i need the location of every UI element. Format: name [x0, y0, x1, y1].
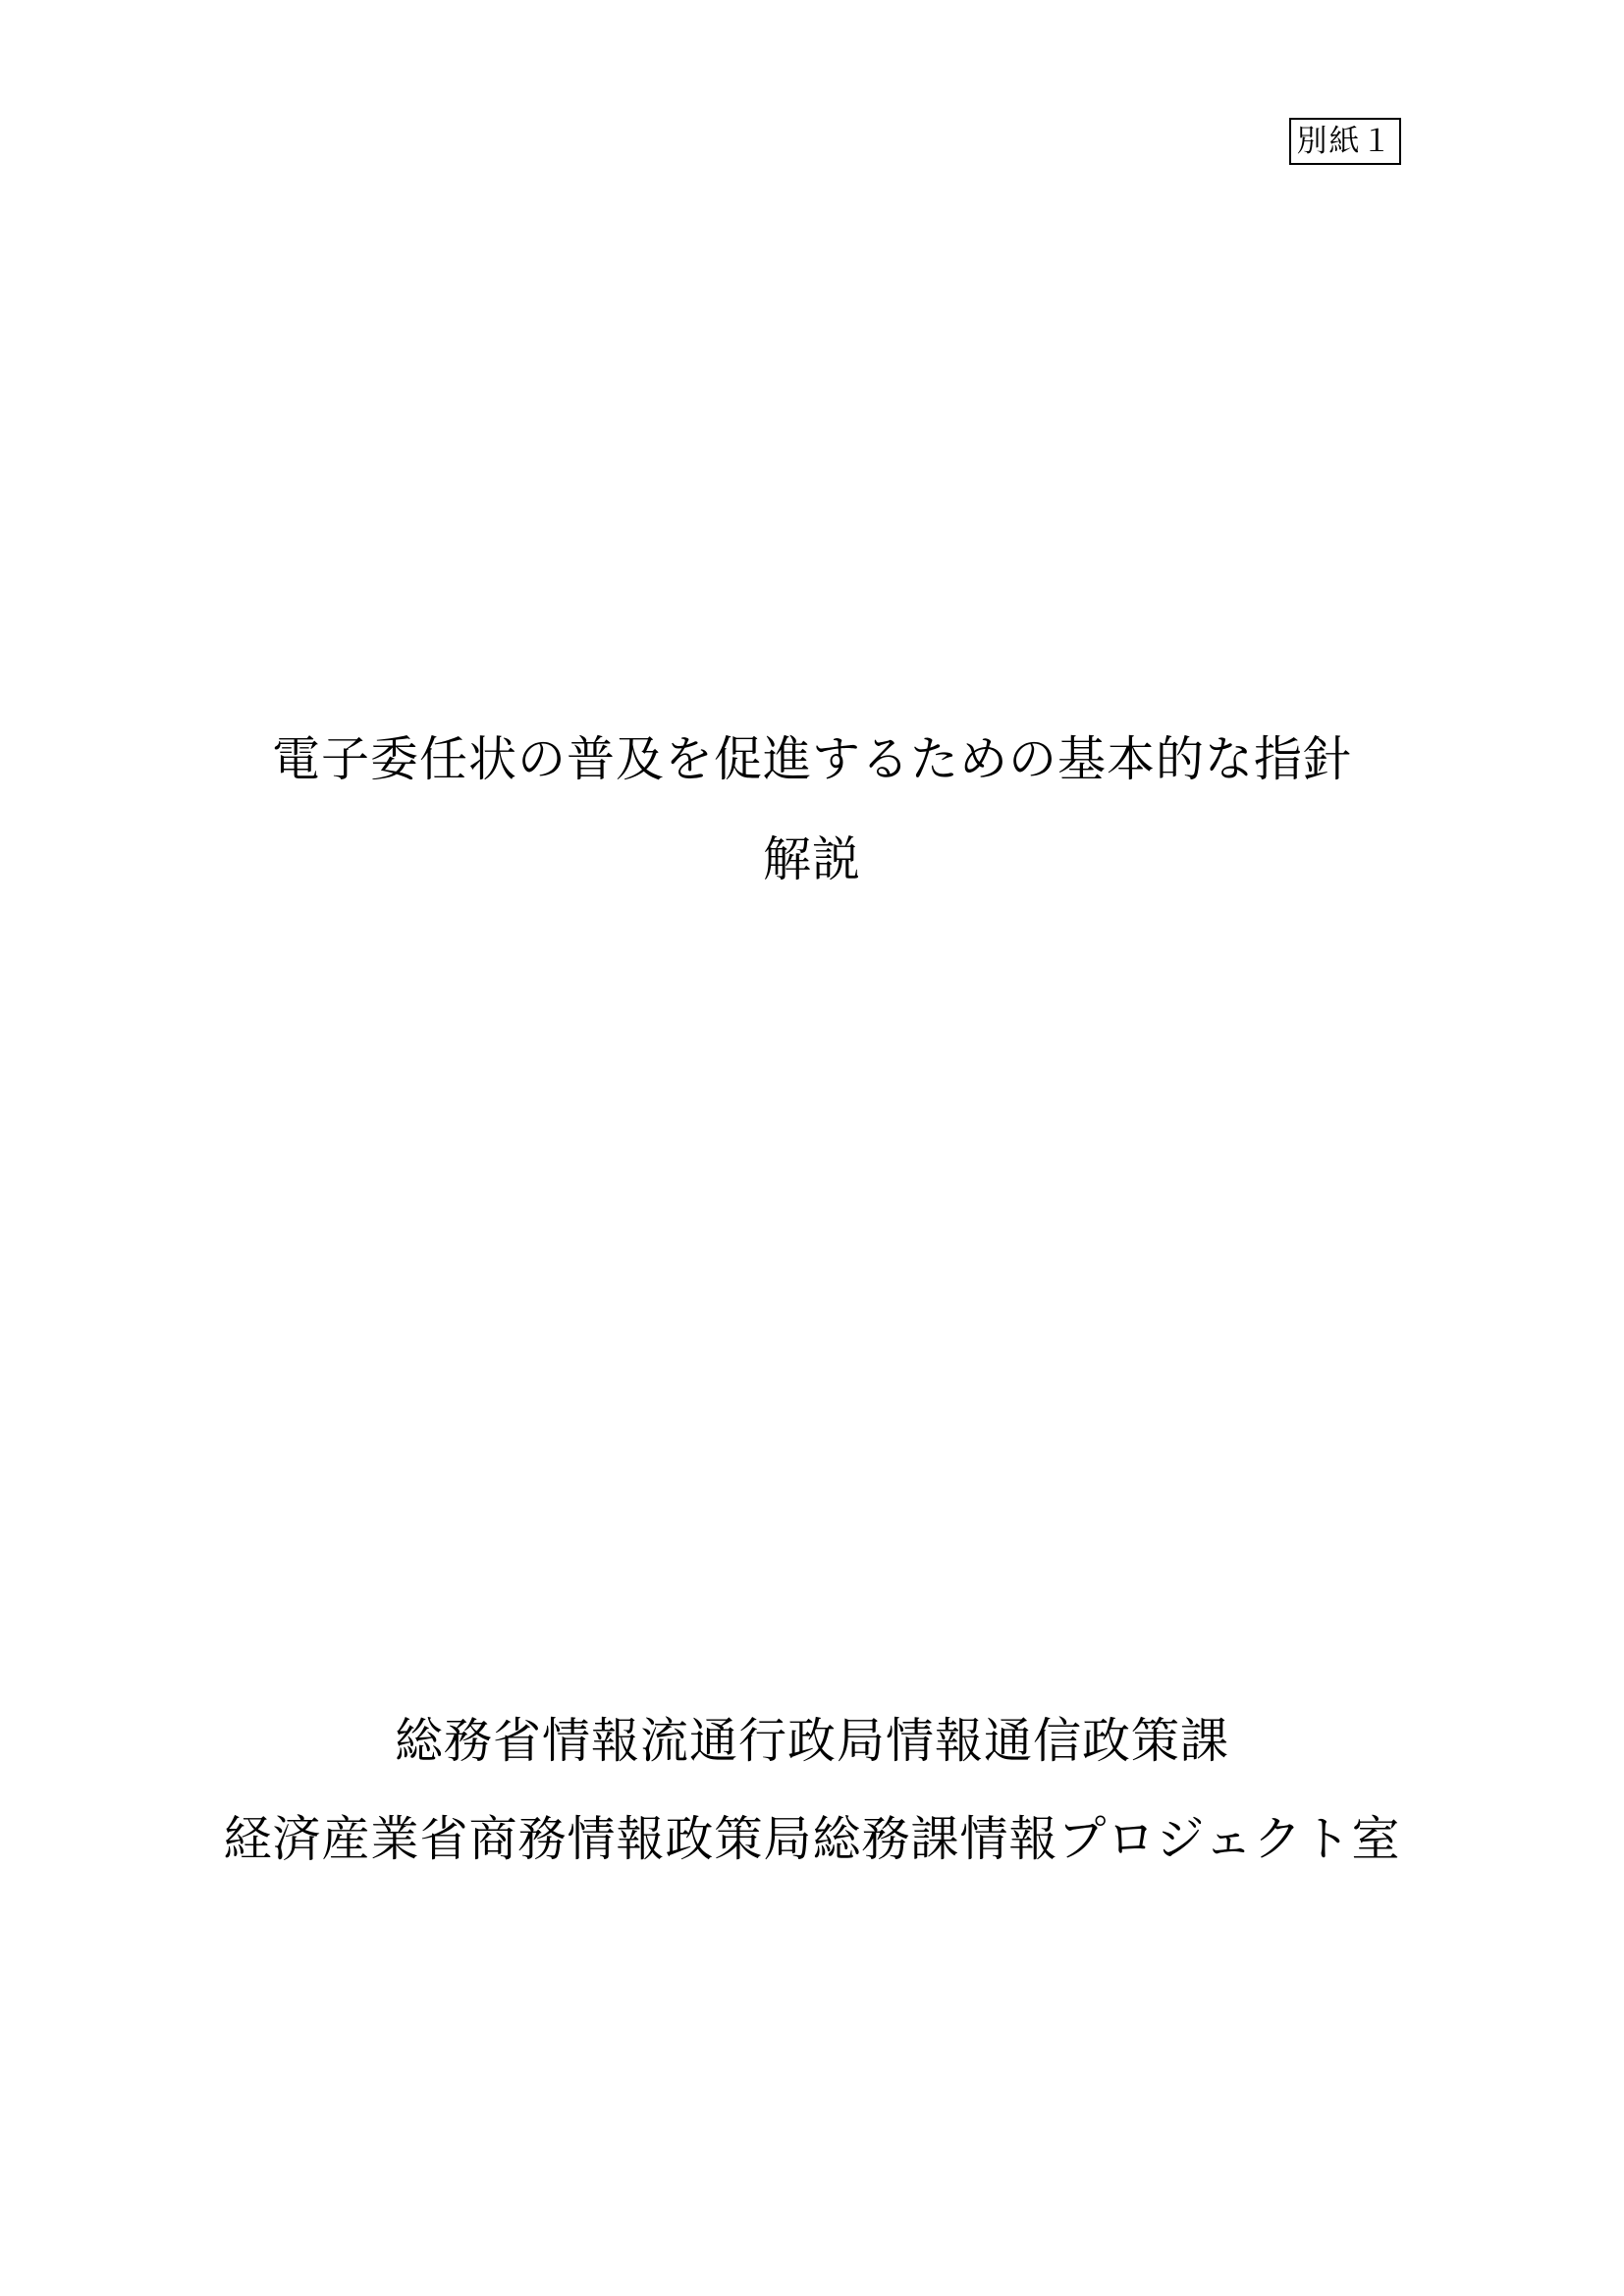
document-page: 別紙１ 電子委任状の普及を促進するための基本的な指針 解説 総務省情報流通行政局…	[0, 0, 1624, 2296]
attachment-label: 別紙１	[1289, 118, 1401, 165]
author-organization-2: 経済産業省商務情報政策局総務課情報プロジェクト室	[0, 1812, 1624, 1867]
document-title: 電子委任状の普及を促進するための基本的な指針	[0, 732, 1624, 787]
author-organization-1: 総務省情報流通行政局情報通信政策課	[0, 1714, 1624, 1769]
document-subtitle: 解説	[0, 832, 1624, 887]
